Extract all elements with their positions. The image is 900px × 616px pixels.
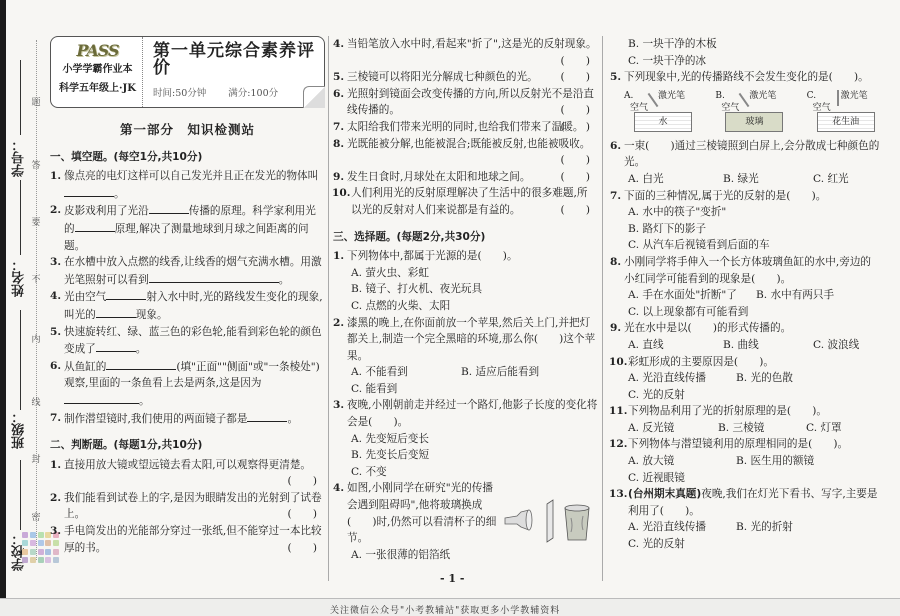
choice-option[interactable]: B. 适应后能看到 xyxy=(461,364,539,381)
choice-option[interactable]: A. 白光 xyxy=(628,171,723,188)
judge-question-3: 3. 手电筒发出的光能部分穿过一张纸,但不能穿过一本比较厚的书。 ( ) xyxy=(50,523,325,556)
seal-char: 题 xyxy=(29,95,43,108)
seal-char: 线 xyxy=(29,395,43,408)
laser-diagrams: A. 激光笔 空气 水 B. 激光笔 空气 玻璃 C. 激光笔 空气 花生油 xyxy=(610,88,880,132)
seal-dotted-line xyxy=(36,40,37,560)
part-title: 第一部分 知识检测站 xyxy=(50,122,325,139)
class-label: 班级： xyxy=(10,410,29,449)
section-choice-title: 三、选择题。(每题2分,共30分) xyxy=(333,229,598,246)
choice-option[interactable]: C. 以上现象都有可能看到 xyxy=(610,304,880,321)
cup-icon xyxy=(565,505,589,540)
full-score: 满分:100分 xyxy=(228,86,278,103)
choice-question-7: 7. 下面的三种情况,属于光的反射的是( )。 xyxy=(610,188,880,205)
judge-question-4: 4. 当铅笔放入水中时,看起来"折了",这是光的反射现象。 ( ) xyxy=(333,36,598,69)
laser-pen-icon xyxy=(648,93,659,107)
answer-blank[interactable] xyxy=(75,220,115,232)
fill-question-4: 4. 光由空气射入水中时,光的路线发生变化的现象,叫光的现象。 xyxy=(50,288,325,323)
student-id-line[interactable] xyxy=(20,60,21,135)
laser-pen-label: 激光笔 xyxy=(841,88,868,105)
judge-question-2: 2. 我们能看到试卷上的字,是因为眼睛发出的光射到了试卷上。 ( ) xyxy=(50,490,325,523)
answer-paren[interactable]: ( ) xyxy=(64,473,325,490)
choice-question-2: 2. 漆黑的晚上,在你面前放一个苹果,然后关上门,并把灯都关上,制造一个完全黑暗… xyxy=(333,315,598,365)
laser-pen-label: 激光笔 xyxy=(658,88,685,105)
section-judge-title: 二、判断题。(每题1分,共10分) xyxy=(50,437,325,454)
choice-question-1: 1. 下列物体中,都属于光源的是( )。 xyxy=(333,248,598,265)
choice-option[interactable]: C. 能看到 xyxy=(333,381,598,398)
judge-question-7: 7. 太阳给我们带来光明的同时,也给我们带来了温暖。 ( ) xyxy=(333,119,598,136)
answer-blank[interactable] xyxy=(96,340,136,352)
choice-options: A. 不能看到 B. 适应后能看到 xyxy=(333,364,598,381)
exam-header: PASS 小学学霸作业本 科学五年级上·JK 第一单元综合素养评价 时间:50分… xyxy=(50,36,325,108)
laser-pen-label: 激光笔 xyxy=(749,88,776,105)
answer-paren[interactable]: ( ) xyxy=(347,53,598,70)
fill-question-7: 7. 制作潜望镜时,我们使用的两面镜子都是。 xyxy=(50,410,325,428)
choice-question-10: 10. 彩虹形成的主要原因是( )。 xyxy=(610,354,880,371)
flashlight-icon xyxy=(505,510,532,530)
seal-char: 密 xyxy=(29,510,43,523)
diagram-option-c[interactable]: C. 激光笔 空气 花生油 xyxy=(807,88,880,132)
choice-option[interactable]: A. 不能看到 xyxy=(351,364,461,381)
choice-option[interactable]: A. 放大镜 xyxy=(628,453,736,470)
choice-option[interactable]: B. 绿光 xyxy=(723,171,813,188)
fill-question-1: 1. 像点亮的电灯这样可以自己发光并且正在发光的物体叫 。 xyxy=(50,168,325,202)
choice-question-12: 12. 下列物体与潜望镜利用的原理相同的是( )。 xyxy=(610,436,880,453)
choice-option[interactable]: B. 水中有两只手 xyxy=(756,287,834,304)
laser-pen-icon xyxy=(837,90,839,106)
choice-option[interactable]: A. 一张很薄的铝箔纸 xyxy=(333,547,598,564)
section-fill-blank-title: 一、填空题。(每空1分,共10分) xyxy=(50,149,325,166)
exam-meta: 时间:50分钟 满分:100分 xyxy=(153,86,318,103)
choice-question-3: 3. 夜晚,小刚朝前走并经过一个路灯,他影子长度的变化将会是( )。 xyxy=(333,397,598,430)
column-1: PASS 小学学霸作业本 科学五年级上·JK 第一单元综合素养评价 时间:50分… xyxy=(50,36,325,556)
choice-options: A. 反光镜 B. 三棱镜 C. 灯罩 xyxy=(610,420,880,437)
judge-question-9: 9. 发生日食时,月球处在太阳和地球之间。 ( ) xyxy=(333,169,598,186)
choice-option[interactable]: C. 波浪线 xyxy=(813,337,859,354)
choice-option[interactable]: B. 一块干净的木板 xyxy=(610,36,880,53)
answer-blank[interactable] xyxy=(106,288,146,300)
glass-medium: 玻璃 xyxy=(725,112,783,132)
choice-option[interactable]: C. 红光 xyxy=(813,171,849,188)
choice-option[interactable]: A. 反光镜 xyxy=(628,420,718,437)
glass-pane-icon xyxy=(547,500,553,542)
choice-option[interactable]: A. 光沿直线传播 xyxy=(628,370,736,387)
title-block: 第一单元综合素养评价 时间:50分钟 满分:100分 xyxy=(143,37,324,107)
choice-option[interactable]: B. 光的色散 xyxy=(736,370,793,387)
choice-option[interactable]: A. 水中的筷子"变折" xyxy=(610,204,880,221)
peanut-oil-medium: 花生油 xyxy=(817,112,875,132)
choice-options: A. 光沿直线传播 B. 光的色散 xyxy=(610,370,880,387)
exam-title: 第一单元综合素养评价 xyxy=(153,43,318,76)
fill-question-2: 2. 皮影戏利用了光沿传播的原理。科学家利用光的原理,解决了测量地球到月球之间距… xyxy=(50,202,325,254)
judge-question-6: 6. 光照射到镜面会改变传播的方向,所以反射光不是沿直线传播的。 ( ) xyxy=(333,86,598,119)
choice-option[interactable]: B. 三棱镜 xyxy=(718,420,806,437)
choice-question-8: 8. 小刚同学将手伸入一个长方体玻璃鱼缸的水中,旁边的小红同学可能看到的现象是(… xyxy=(610,254,880,287)
fill-question-3: 3. 在水槽中放入点燃的线香,让线香的烟气充满水槽。用激光笔照射可以看到。 xyxy=(50,254,325,288)
judge-question-5: 5. 三棱镜可以将阳光分解成七种颜色的光。 ( ) xyxy=(333,69,598,86)
judge-question-1: 1. 直接用放大镜或望远镜去看太阳,可以观察得更清楚。 ( ) xyxy=(50,457,325,490)
choice-option[interactable]: B. 曲线 xyxy=(723,337,813,354)
laser-pen-icon xyxy=(739,93,750,107)
answer-blank[interactable] xyxy=(247,410,287,422)
column-divider xyxy=(328,36,329,581)
time-limit: 时间:50分钟 xyxy=(153,86,206,103)
choice-option[interactable]: A. 手在水面处"折断"了 xyxy=(628,287,756,304)
brand-block: PASS 小学学霸作业本 科学五年级上·JK xyxy=(51,37,143,107)
choice-option[interactable]: B. 光的折射 xyxy=(736,519,793,536)
judge-question-8: 8. 光既能被分解,也能被混合;既能被反射,也能被吸收。 ( ) xyxy=(333,136,598,169)
source-tag: (台州期末真题) xyxy=(628,488,701,500)
choice-option[interactable]: C. 一块干净的冰 xyxy=(610,53,880,70)
choice-options: A. 白光 B. 绿光 C. 红光 xyxy=(610,171,880,188)
answer-blank[interactable] xyxy=(64,185,114,197)
seal-char: 答 xyxy=(29,158,43,171)
judge-question-10: 10. 人们利用光的反射原理解决了生活中的很多难题,所以光的反射对人们来说都是有… xyxy=(333,185,598,218)
answer-paren[interactable]: ( ) xyxy=(64,506,325,523)
answer-blank[interactable] xyxy=(96,306,136,318)
column-2: 4. 当铅笔放入水中时,看起来"折了",这是光的反射现象。 ( ) 5. 三棱镜… xyxy=(333,36,598,563)
choice-question-4: 4. 如图,小刚同学在研究"光的传播会遇到阻碍吗",他将玻璃换成( )时,仍然可… xyxy=(333,480,498,546)
answer-blank[interactable] xyxy=(149,271,279,283)
seal-char: 要 xyxy=(29,215,43,228)
diagram-option-b[interactable]: B. 激光笔 空气 玻璃 xyxy=(715,88,788,132)
choice-option[interactable]: A. 光沿直线传播 xyxy=(628,519,736,536)
choice-option[interactable]: C. 点燃的火柴、太阳 xyxy=(333,298,598,315)
choice-question-6: 6. 一束( )通过三棱镜照到白屏上,会分散成七种颜色的光。 xyxy=(610,138,880,171)
footer-note: 关注微信公众号"小考教辅站"获取更多小学教辅资料 xyxy=(330,603,560,616)
seal-char: 内 xyxy=(29,332,43,345)
school-line[interactable] xyxy=(20,460,21,530)
choice-option[interactable]: B. 镜子、打火机、夜光玩具 xyxy=(333,281,598,298)
choice-option[interactable]: A. 直线 xyxy=(628,337,723,354)
choice-option[interactable]: C. 从汽车后视镜看到后面的车 xyxy=(610,237,880,254)
choice-option[interactable]: C. 光的反射 xyxy=(610,387,880,404)
choice-option[interactable]: C. 不变 xyxy=(333,464,598,481)
water-medium: 水 xyxy=(634,112,692,132)
choice-option[interactable]: B. 医生用的额镜 xyxy=(736,453,814,470)
fill-question-5: 5. 快速旋转红、绿、蓝三色的彩色轮,能看到彩色轮的颜色变成了。 xyxy=(50,324,325,358)
answer-paren[interactable]: ( ) xyxy=(347,152,598,169)
choice-option[interactable]: C. 灯罩 xyxy=(806,420,842,437)
seal-char: 不 xyxy=(29,272,43,285)
choice-question-5: 5. 下列现象中,光的传播路线不会发生变化的是( )。 xyxy=(610,69,880,86)
choice-options: A. 光沿直线传播 B. 光的折射 xyxy=(610,519,880,536)
class-line[interactable] xyxy=(20,310,21,410)
student-id-label: 学号： xyxy=(10,138,29,177)
answer-blank[interactable] xyxy=(149,202,189,214)
choice-question-11: 11. 下列物品利用了光的折射原理的是( )。 xyxy=(610,403,880,420)
fill-question-6: 6. 从鱼缸的(填"正面""侧面"或"一条棱处")观察,里面的一条鱼看上去是两条… xyxy=(50,358,325,410)
answer-blank[interactable] xyxy=(106,358,176,370)
seal-char: 封 xyxy=(29,452,43,465)
choice-question-9: 9. 光在水中是以( )的形式传播的。 xyxy=(610,320,880,337)
choice-option[interactable]: A. 萤火虫、彩虹 xyxy=(333,265,598,282)
choice-option[interactable]: B. 先变长后变短 xyxy=(333,447,598,464)
name-line[interactable] xyxy=(20,180,21,255)
choice-option[interactable]: A. 先变短后变长 xyxy=(333,431,598,448)
column-divider xyxy=(602,36,603,581)
choice-option[interactable]: C. 近视眼镜 xyxy=(610,470,880,487)
brand-name: 小学学霸作业本 xyxy=(55,62,140,79)
choice-option[interactable]: C. 光的反射 xyxy=(610,536,880,553)
pass-logo: PASS xyxy=(55,43,140,60)
choice-options: A. 直线 B. 曲线 C. 波浪线 xyxy=(610,337,880,354)
flashlight-glass-cup-figure xyxy=(503,496,598,546)
page-number: - 1 - xyxy=(440,572,464,585)
page-curl-icon xyxy=(303,86,325,108)
diagram-option-a[interactable]: A. 激光笔 空气 水 xyxy=(624,88,697,132)
choice-question-13: 13. (台州期末真题)夜晚,我们在灯光下看书、写字,主要是利用了( )。 xyxy=(610,486,880,519)
answer-blank[interactable] xyxy=(64,392,139,404)
column-3: B. 一块干净的木板 C. 一块干净的冰 5. 下列现象中,光的传播路线不会发生… xyxy=(610,36,880,553)
choice-options: A. 放大镜 B. 医生用的额镜 xyxy=(610,453,880,470)
binding-margin: 题 答 要 不 内 线 封 密 学号： 姓名： 班级： 学校： xyxy=(6,40,48,600)
choice-option[interactable]: B. 路灯下的影子 xyxy=(610,221,880,238)
choice-options: A. 手在水面处"折断"了 B. 水中有两只手 xyxy=(610,287,880,304)
name-label: 姓名： xyxy=(10,258,29,297)
grade-label: 科学五年级上·JK xyxy=(55,81,140,98)
